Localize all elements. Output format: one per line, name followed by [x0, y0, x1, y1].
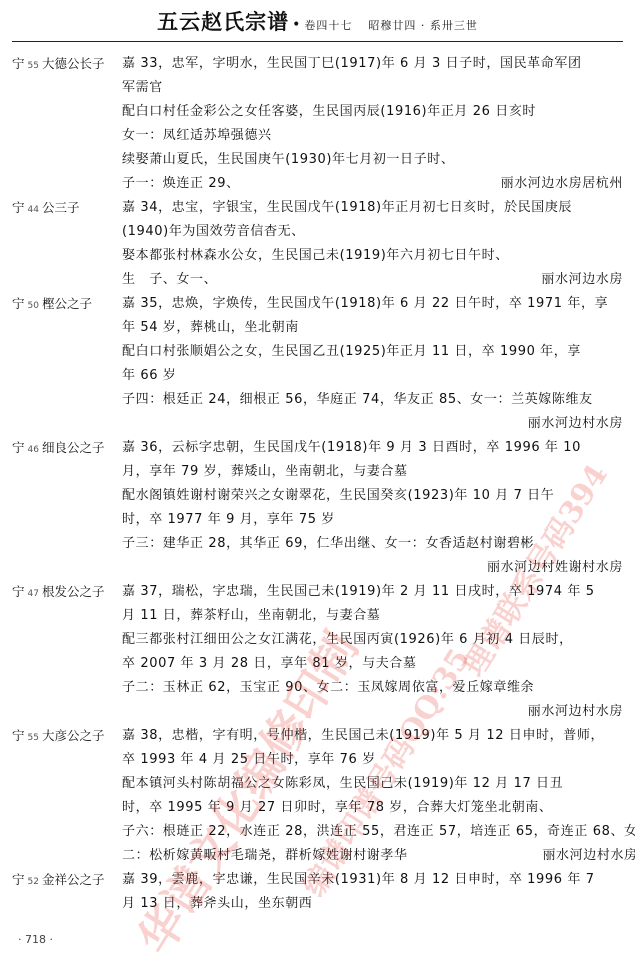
- genealogy-entry: 宁55大德公长子 嘉 33，忠军，字明水，生民国丁巳(1917)年 6 月 3 …: [12, 52, 623, 196]
- separator-dot: •: [292, 17, 300, 33]
- residence: 丽水河边村水房: [542, 844, 635, 868]
- entry-line: 配白口村任金彩公之女任客婆，生民国丙辰(1916)年正月 26 日亥时: [122, 100, 623, 124]
- header-rule: [12, 41, 623, 42]
- entry-line: 子三：建华正 28，其华正 69，仁华出继、女一：女香适赵村谢碧彬: [122, 532, 623, 556]
- children-line: 子一：焕连正 29、: [122, 172, 240, 196]
- entry-body: 嘉 39，雲鹿，字忠谦，生民国辛未(1931)年 8 月 12 日申时，卒 19…: [122, 868, 623, 916]
- genealogy-entry: 宁50樫公之子 嘉 35，忠焕，字焕传，生民国戊午(1918)年 6 月 22 …: [12, 292, 623, 436]
- generation-label: 系卅三世: [430, 19, 478, 32]
- page-header: 五云赵氏宗谱•卷四十七昭穆廿四 · 系卅三世: [0, 6, 635, 36]
- entry-body: 嘉 35，忠焕，字焕传，生民国戊午(1918)年 6 月 22 日午时，卒 19…: [122, 292, 623, 436]
- entry-line: 女一：凤红适苏埠强德兴: [122, 124, 623, 148]
- parent-reference: 宁55大德公长子: [12, 52, 122, 196]
- entry-line: 配白口村张顺娼公之女，生民国乙丑(1925)年正月 11 日，卒 1990 年，…: [122, 340, 623, 364]
- entry-line: 生 子、女一、丽水河边水房: [122, 268, 623, 292]
- separator-dot-small: ·: [416, 19, 430, 32]
- entry-line: 子一：焕连正 29、丽水河边水房居杭州: [122, 172, 623, 196]
- parent-reference: 宁47根发公之子: [12, 580, 122, 724]
- entry-line: 军需官: [122, 76, 623, 100]
- entry-line: 月，享年 79 岁，葬矮山，坐南朝北，与妻合墓: [122, 460, 623, 484]
- branch-label: 昭穆廿四: [368, 19, 416, 32]
- entry-line: 卒 1993 年 4 月 25 日午时，享年 76 岁: [122, 748, 635, 772]
- entry-line: 年 66 岁: [122, 364, 623, 388]
- entry-body: 嘉 37，瑞松，字忠瑞，生民国己未(1919)年 2 月 11 日戌时，卒 19…: [122, 580, 623, 724]
- entry-line: 配三都张村江细田公之女江满花，生民国丙寅(1926)年 6 月初 4 日辰时，: [122, 628, 623, 652]
- residence: 丽水河边村姓谢村水房: [122, 556, 623, 580]
- genealogy-entry: 宁44公三子 嘉 34，忠宝，字银宝，生民国戊午(1918)年正月初七日亥时，於…: [12, 196, 623, 292]
- entry-body: 嘉 38，忠楷，字有明，号仲楷，生民国己未(1919)年 5 月 12 日申时，…: [122, 724, 635, 868]
- entry-line: 子六：根琏正 22，水连正 28，洪连正 55，君连正 57，培连正 65，奇连…: [122, 820, 635, 844]
- volume-label: 卷四十七: [304, 19, 352, 32]
- parent-reference: 宁50樫公之子: [12, 292, 122, 436]
- parent-reference: 宁46细良公之子: [12, 436, 122, 580]
- entry-line: 嘉 36，云标字忠朝，生民国戊午(1918)年 9 月 3 日酉时，卒 1996…: [122, 436, 623, 460]
- genealogy-entry: 宁46细良公之子 嘉 36，云标字忠朝，生民国戊午(1918)年 9 月 3 日…: [12, 436, 623, 580]
- entry-line: 娶本都张村林森水公女，生民国己未(1919)年六月初七日午时、: [122, 244, 623, 268]
- entry-line: 嘉 38，忠楷，字有明，号仲楷，生民国己未(1919)年 5 月 12 日申时，…: [122, 724, 635, 748]
- entry-line: 二：松析嫁黄畈村毛瑞尧，群析嫁姓谢村谢孝华丽水河边村水房: [122, 844, 635, 868]
- entry-line: 年 54 岁，葬桃山，坐北朝南: [122, 316, 623, 340]
- entry-line: (1940)年为国效劳音信杳无、: [122, 220, 623, 244]
- entry-line: 子二：玉林正 62，玉宝正 90、女二：玉凤嫁周依富，爱丘嫁章维余: [122, 676, 623, 700]
- parent-reference: 宁44公三子: [12, 196, 122, 292]
- parent-reference: 宁52金祥公之子: [12, 868, 122, 916]
- entry-line: 嘉 39，雲鹿，字忠谦，生民国辛未(1931)年 8 月 12 日申时，卒 19…: [122, 868, 623, 892]
- page-number: · 718 ·: [18, 933, 53, 946]
- entry-line: 配水阁镇姓谢村谢荣兴之女谢翠花，生民国癸亥(1923)年 10 月 7 日午: [122, 484, 623, 508]
- residence: 丽水河边水房: [541, 268, 623, 292]
- genealogy-title: 五云赵氏宗谱: [157, 9, 289, 34]
- genealogy-entry: 宁47根发公之子 嘉 37，瑞松，字忠瑞，生民国己未(1919)年 2 月 11…: [12, 580, 623, 724]
- entry-line: 时，卒 1995 年 9 月 27 日卯时，享年 78 岁，合葬大灯笼坐北朝南、: [122, 796, 635, 820]
- entry-line: 嘉 35，忠焕，字焕传，生民国戊午(1918)年 6 月 22 日午时，卒 19…: [122, 292, 623, 316]
- entry-line: 时，卒 1977 年 9 月，享年 75 岁: [122, 508, 623, 532]
- entry-line: 卒 2007 年 3 月 28 日，享年 81 岁，与夫合墓: [122, 652, 623, 676]
- children-line: 生 子、女一、: [122, 268, 217, 292]
- residence: 丽水河边村水房: [122, 700, 623, 724]
- entry-line: 嘉 34，忠宝，字银宝，生民国戊午(1918)年正月初七日亥时，於民国庚辰: [122, 196, 623, 220]
- entry-body: 嘉 36，云标字忠朝，生民国戊午(1918)年 9 月 3 日酉时，卒 1996…: [122, 436, 623, 580]
- residence: 丽水河边水房居杭州: [501, 172, 623, 196]
- residence: 丽水河边村水房: [122, 412, 623, 436]
- entry-line: 月 13 日，葬斧头山，坐东朝西: [122, 892, 623, 916]
- genealogy-entry: 宁52金祥公之子 嘉 39，雲鹿，字忠谦，生民国辛未(1931)年 8 月 12…: [12, 868, 623, 916]
- entry-body: 嘉 33，忠军，字明水，生民国丁巳(1917)年 6 月 3 日子时，国民革命军…: [122, 52, 623, 196]
- entry-line: 嘉 33，忠军，字明水，生民国丁巳(1917)年 6 月 3 日子时，国民革命军…: [122, 52, 623, 76]
- entry-body: 嘉 34，忠宝，字银宝，生民国戊午(1918)年正月初七日亥时，於民国庚辰 (1…: [122, 196, 623, 292]
- entry-line: 续娶萧山夏氏，生民国庚午(1930)年七月初一日子时、: [122, 148, 623, 172]
- entry-line: 子四：根廷正 24，细根正 56，华庭正 74，华友正 85、女一：兰英嫁陈维友: [122, 388, 623, 412]
- genealogy-entries: 宁55大德公长子 嘉 33，忠军，字明水，生民国丁巳(1917)年 6 月 3 …: [12, 52, 623, 916]
- parent-reference: 宁55大彦公之子: [12, 724, 122, 868]
- entry-line: 配本镇河头村陈胡福公之女陈彩凤，生民国己未(1919)年 12 月 17 日丑: [122, 772, 635, 796]
- entry-line: 嘉 37，瑞松，字忠瑞，生民国己未(1919)年 2 月 11 日戌时，卒 19…: [122, 580, 623, 604]
- children-line: 二：松析嫁黄畈村毛瑞尧，群析嫁姓谢村谢孝华: [122, 844, 408, 868]
- genealogy-entry: 宁55大彦公之子 嘉 38，忠楷，字有明，号仲楷，生民国己未(1919)年 5 …: [12, 724, 623, 868]
- entry-line: 月 11 日，葬茶籽山，坐南朝北，与妻合墓: [122, 604, 623, 628]
